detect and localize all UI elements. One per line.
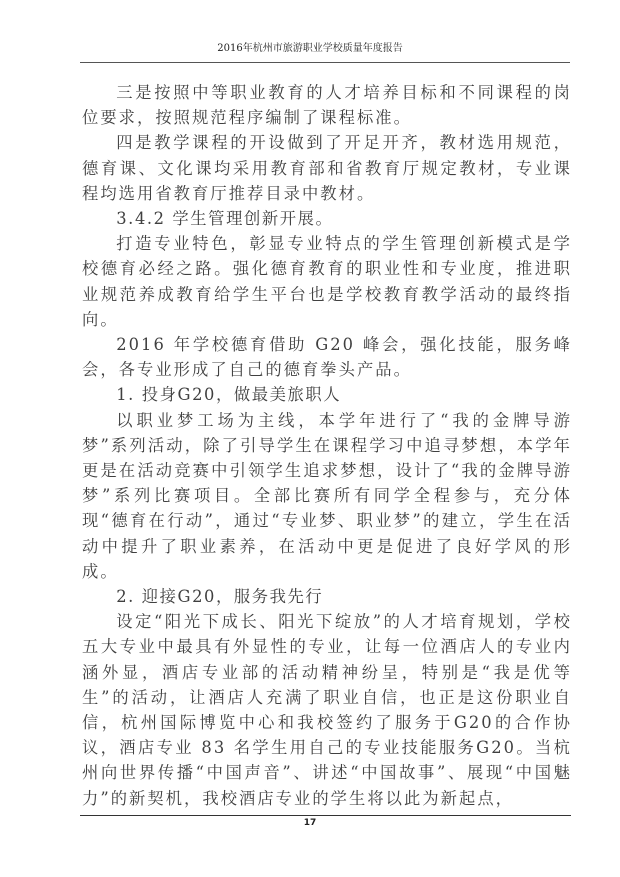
subheading-join-g20: 1. 投身G20，做最美旅职人 <box>82 382 572 407</box>
paragraph-management-model: 打造专业特色，彰显专业特点的学生管理创新模式是学校德育必经之路。强化德育教育的职… <box>82 231 572 332</box>
page-header-title: 2016年杭州市旅游职业学校质量年度报告 <box>0 39 620 54</box>
section-heading-student-management: 3.4.2 学生管理创新开展。 <box>82 206 572 231</box>
document-body: 三是按照中等职业教育的人才培养目标和不同课程的岗位要求，按照规范程序编制了课程标… <box>82 80 572 811</box>
footer-divider <box>80 815 571 816</box>
paragraph-g20-moral-education: 2016 年学校德育借助 G20 峰会，强化技能，服务峰会，各专业形成了自己的德… <box>82 332 572 382</box>
paragraph-course-standards: 三是按照中等职业教育的人才培养目标和不同课程的岗位要求，按照规范程序编制了课程标… <box>82 80 572 130</box>
paragraph-course-materials: 四是教学课程的开设做到了开足开齐，教材选用规范，德育课、文化课均采用教育部和省教… <box>82 130 572 206</box>
paragraph-hotel-major: 设定“阳光下成长、阳光下绽放”的人才培育规划，学校五大专业中最具有外显性的专业，… <box>82 609 572 811</box>
header-divider <box>80 62 570 63</box>
paragraph-golden-guide-dream: 以职业梦工场为主线，本学年进行了“我的金牌导游梦”系列活动，除了引导学生在课程学… <box>82 408 572 584</box>
subheading-welcome-g20: 2. 迎接G20，服务我先行 <box>82 584 572 609</box>
page-number: 17 <box>0 818 620 828</box>
